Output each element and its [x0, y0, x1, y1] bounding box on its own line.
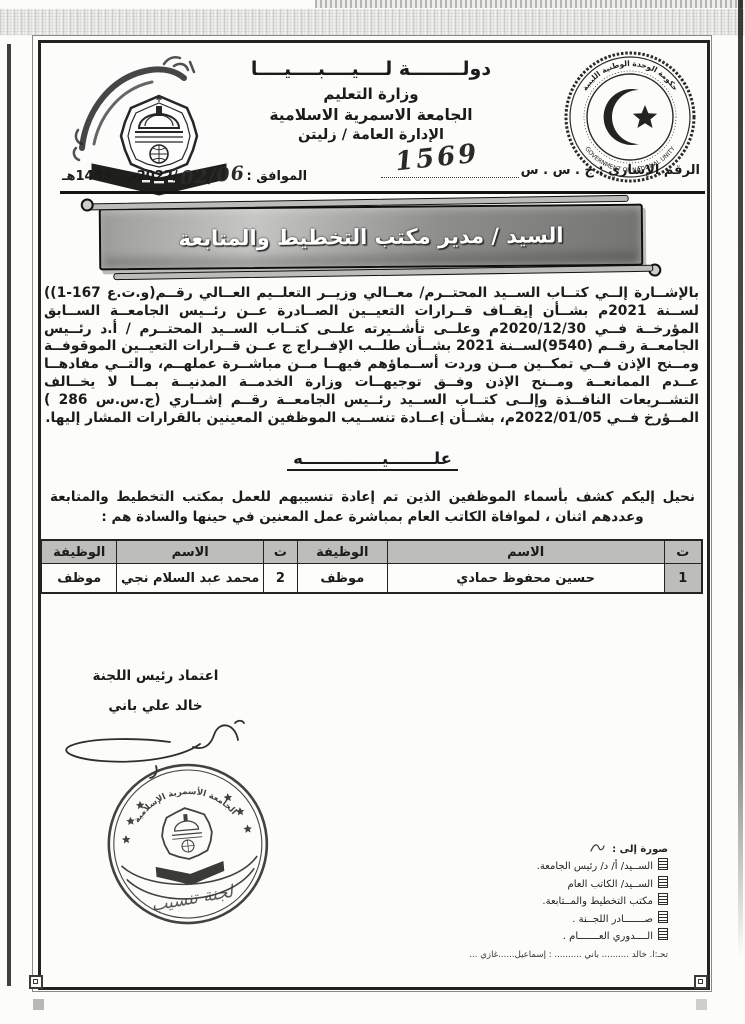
distribution-item-label: الــــدوري العـــــــام .	[563, 931, 653, 942]
table-header-row: ت الاسم الوظيفة ت الاسم الوظيفة	[41, 540, 702, 564]
reference-number-dotted-line: 1569	[381, 160, 519, 178]
distribution-item-label: الســيد/ أ/ د/ رئيس الجامعة.	[537, 861, 653, 872]
addressee-title: السيد / مدير مكتب التخطيط والمتابعة	[178, 223, 563, 250]
col-header-index-2: ت	[263, 540, 297, 564]
date-printed: /2022م – 1443هـ	[62, 169, 178, 184]
ribbon-curl-icon	[81, 198, 94, 211]
document-icon	[658, 928, 668, 940]
typist-note: تحـ:ا. خالد .......... باني .......... :…	[448, 947, 668, 963]
col-header-job-1: الوظيفة	[297, 540, 387, 564]
letterhead: دولــــــــة لــــيــــبــــيــــا وزارة…	[225, 58, 517, 143]
cell-job-2: موظف	[41, 564, 117, 594]
ribbon-curl-icon	[648, 263, 661, 276]
body-paragraph-2: نحيل إليكم كشف بأسماء الموظفين الذين تم …	[50, 487, 695, 527]
scanned-letter-page: حكومة الوحدة الوطنية الليبية GOVERNMENT …	[0, 0, 745, 1024]
copy-to-label: صورة إلى :	[612, 844, 668, 855]
star-icon	[633, 105, 657, 128]
copy-to-line: صورة إلى :	[448, 842, 668, 858]
staff-table: ت الاسم الوظيفة ت الاسم الوظيفة 1 حسين م…	[40, 539, 703, 594]
scan-mark-bottom-left	[33, 999, 44, 1010]
alayhi-row: علــــــــيــــــــــــــه	[0, 449, 745, 471]
stamp-overlay-handwriting: لجنة تنسيب	[150, 882, 237, 916]
cell-name-1: حسين محفوظ حمادي	[387, 564, 664, 594]
alayhi-heading: علــــــــيــــــــــــــه	[287, 449, 458, 471]
date-line: الموافق :02/06/2022م – 1443هـ	[62, 163, 307, 185]
reference-number-label: الرقم الإشاري : ج . س . س	[521, 163, 700, 178]
distribution-item-label: مكتب التخطيط والمــتابعة.	[542, 896, 653, 907]
country-name: دولــــــــة لــــيــــبــــيــــا	[225, 58, 517, 80]
scan-mark-bottom-right	[696, 999, 707, 1010]
body-paragraph-1: بالإشــارة إلــي كتــاب الســيد المحتــر…	[44, 285, 699, 427]
border-corner-bottom-right	[694, 975, 708, 989]
document-icon	[658, 911, 668, 923]
university-round-stamp-icon: الجامعة الأسمرية الإسلامية لجنة تنسيب	[95, 753, 281, 939]
scan-noise-strip	[315, 0, 745, 8]
signer-name: خالد علي باني	[48, 698, 263, 714]
reference-number-line: الرقم الإشاري : ج . س . س 1569	[381, 160, 700, 178]
distribution-item-label: صـــــــادر اللجــنة .	[572, 914, 653, 925]
university-name: الجامعة الاسمرية الاسلامية	[225, 106, 517, 124]
col-header-job-2: الوظيفة	[41, 540, 117, 564]
header-divider	[60, 191, 705, 194]
distribution-item: الســيد/ أ/ د/ رئيس الجامعة.	[448, 858, 668, 875]
col-header-name-2: الاسم	[117, 540, 264, 564]
handwritten-mark-icon	[589, 842, 605, 854]
title-banner: السيد / مدير مكتب التخطيط والمتابعة	[103, 204, 643, 267]
date-label: الموافق :	[247, 169, 308, 184]
cell-job-1: موظف	[297, 564, 387, 594]
document-icon	[658, 858, 668, 870]
distribution-item: مكتب التخطيط والمــتابعة.	[448, 893, 668, 910]
table-row: 1 حسين محفوظ حمادي موظف 2 محمد عبد السلا…	[41, 564, 702, 594]
border-corner-bottom-left	[29, 975, 43, 989]
ministry-name: وزارة التعليم	[225, 85, 517, 103]
document-icon	[658, 893, 668, 905]
approval-line: اعتماد رئيس اللجنة	[48, 668, 263, 684]
scan-edge-left	[7, 44, 11, 986]
cell-index-2: 2	[263, 564, 297, 594]
distribution-item: الســيد/ الكاتب العام	[448, 876, 668, 893]
title-banner-ribbon: السيد / مدير مكتب التخطيط والمتابعة	[99, 204, 644, 271]
distribution-list: صورة إلى : الســيد/ أ/ د/ رئيس الجامعة. …	[448, 842, 668, 964]
scan-noise-band	[0, 9, 745, 35]
crescent-icon	[604, 89, 639, 145]
scan-edge-right	[738, 0, 743, 958]
distribution-item: الــــدوري العـــــــام .	[448, 928, 668, 945]
cell-index-1: 1	[664, 564, 702, 594]
col-header-index-1: ت	[664, 540, 702, 564]
distribution-item-label: الســيد/ الكاتب العام	[568, 879, 653, 890]
cell-name-2: محمد عبد السلام نجي	[117, 564, 264, 594]
signature-block: اعتماد رئيس اللجنة خالد علي باني	[48, 668, 263, 714]
distribution-item: صـــــــادر اللجــنة .	[448, 911, 668, 928]
col-header-name-1: الاسم	[387, 540, 664, 564]
document-icon	[658, 876, 668, 888]
